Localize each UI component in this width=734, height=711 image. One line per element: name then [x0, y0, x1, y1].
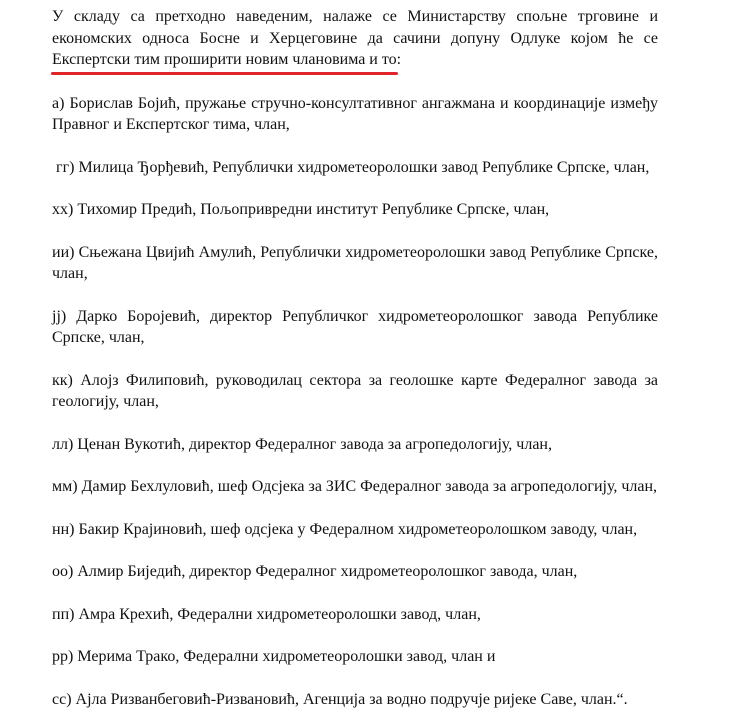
item-text: Алмир Биједић, директор Федералног хидро…	[77, 563, 577, 580]
list-item: нн) Бакир Крајиновић, шеф одсјека у Феде…	[52, 519, 658, 541]
item-label: а)	[52, 95, 64, 112]
highlighted-text: Експертски тим проширити новим члановима…	[52, 51, 401, 68]
item-text: Борислав Бојић, пружање стручно-консулта…	[52, 95, 658, 134]
item-text: Сњежана Цвијић Амулић, Републички хидром…	[52, 244, 658, 283]
list-item: лл) Ценан Вукотић, директор Федералног з…	[52, 434, 658, 456]
item-label: мм)	[52, 478, 78, 495]
item-label: гг)	[56, 159, 74, 176]
list-item: кк) Алојз Филиповић, руководилац сектора…	[52, 370, 658, 413]
item-text: Ценан Вукотић, директор Федералног завод…	[77, 436, 552, 453]
list-item: мм) Дамир Бехлуловић, шеф Одсјека за ЗИС…	[52, 476, 658, 498]
item-label: пп)	[52, 606, 74, 623]
item-text: Бакир Крајиновић, шеф одсјека у Федералн…	[78, 521, 637, 538]
item-label: кк)	[52, 372, 73, 389]
item-text: Амра Крехић, Федерални хидрометеоролошки…	[78, 606, 480, 623]
list-item: јј) Дарко Боројевић, директор Републичко…	[52, 306, 658, 349]
intro-text: У складу са претходно наведеним, налаже …	[52, 8, 658, 47]
item-label: хх)	[52, 201, 73, 218]
list-item: рр) Мерима Трако, Федерални хидрометеоро…	[52, 646, 658, 668]
document-page: У складу са претходно наведеним, налаже …	[52, 6, 658, 710]
item-text: Тихомир Предић, Пољопривредни институт Р…	[77, 201, 549, 218]
item-text: Алојз Филиповић, руководилац сектора за …	[52, 372, 658, 411]
list-item: оо) Алмир Биједић, директор Федералног х…	[52, 561, 658, 583]
item-text: Дамир Бехлуловић, шеф Одсјека за ЗИС Фед…	[82, 478, 657, 495]
list-item: а) Борислав Бојић, пружање стручно-консу…	[52, 93, 658, 136]
item-label: јј)	[52, 308, 66, 325]
item-label: лл)	[52, 436, 73, 453]
item-label: оо)	[52, 563, 73, 580]
list-item: ии) Сњежана Цвијић Амулић, Републички хи…	[52, 242, 658, 285]
item-text: Дарко Боројевић, директор Републичког хи…	[52, 308, 658, 347]
item-text: Мерима Трако, Федерални хидрометеоролошк…	[77, 648, 495, 665]
item-text: Милица Ђорђевић, Републички хидрометеоро…	[78, 159, 649, 176]
list-item: пп) Амра Крехић, Федерални хидрометеорол…	[52, 604, 658, 626]
item-label: рр)	[52, 648, 73, 665]
list-item: гг) Милица Ђорђевић, Републички хидромет…	[52, 157, 658, 179]
list-item: сс) Ајла Ризванбеговић-Ризвановић, Агенц…	[52, 689, 658, 711]
intro-paragraph: У складу са претходно наведеним, налаже …	[52, 6, 658, 71]
item-label: сс)	[52, 691, 72, 708]
item-text: Ајла Ризванбеговић-Ризвановић, Агенција …	[76, 691, 628, 708]
list-item: хх) Тихомир Предић, Пољопривредни инстит…	[52, 199, 658, 221]
item-label: ии)	[52, 244, 74, 261]
item-label: нн)	[52, 521, 74, 538]
